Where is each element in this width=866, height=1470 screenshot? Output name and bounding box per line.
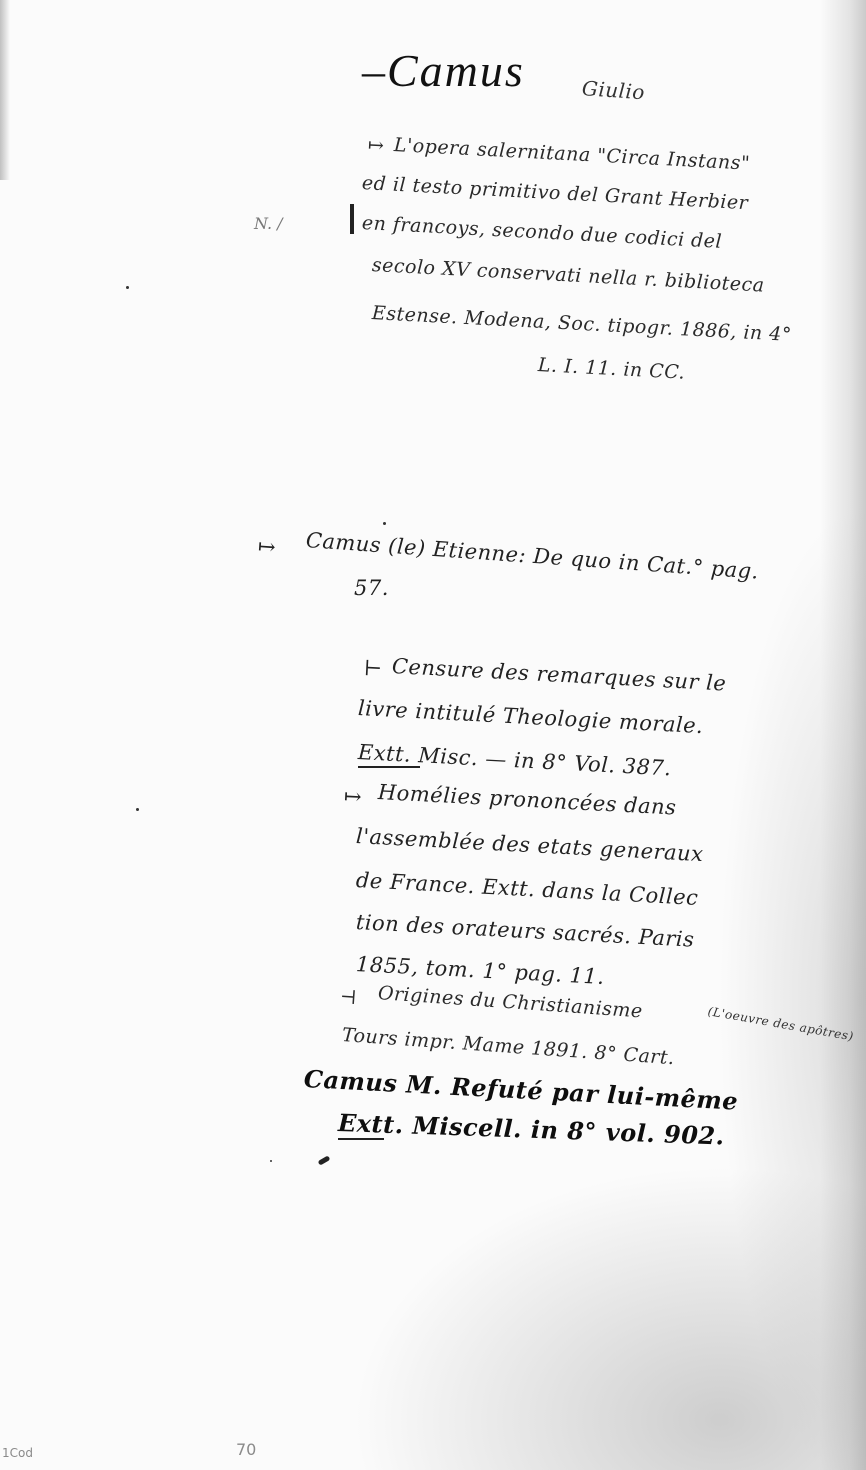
footer-mark-number: 70 [236, 1440, 256, 1459]
catalog-card-page: –Camus Giulio ↦ L'opera salernitana "Cir… [0, 0, 866, 1470]
entry-3-line-2: livre intitulé Theologie morale. [357, 696, 704, 738]
ink-speck [136, 808, 139, 811]
heading-dash: – [362, 45, 387, 96]
entry-4-line-4: tion des orateurs sacrés. Paris [355, 910, 695, 952]
ink-blot [318, 1155, 331, 1165]
entry-1-margin-note: N. / [254, 214, 283, 233]
entry-1-line-1: L'opera salernitana "Circa Instans" [393, 134, 750, 175]
entry-1-bullet: ↦ [367, 134, 385, 157]
entry-4-line-3: de France. Extt. dans la Collec [355, 868, 699, 910]
margin-bar-mark [350, 204, 354, 234]
entry-5-line-2: Tours impr. Mame 1891. 8° Cart. [341, 1024, 675, 1069]
entry-1-line-3: en francoys, secondo due codici del [361, 212, 722, 253]
ink-dot [383, 522, 386, 525]
entry-3-bullet: ⊢ [363, 656, 383, 681]
ink-speck [270, 1160, 272, 1162]
heading-surname: –Camus [362, 44, 525, 97]
entry-5-insert: (L'oeuvre des apôtres) [707, 1004, 855, 1043]
entry-5-bullet: ⊣ [339, 986, 357, 1009]
entry-1-line-5: Estense. Modena, Soc. tipogr. 1886, in 4… [371, 302, 792, 346]
entry-6-line-1: Camus M. Refuté par lui-même [303, 1064, 739, 1116]
entry-4-bullet: ↦ [343, 784, 362, 809]
ink-speck [126, 286, 129, 289]
page-edge-shadow [0, 0, 10, 180]
entry-4-line-1: Homélies prononcées dans [377, 780, 677, 820]
entry-6-line-2: Extt. Miscell. in 8° vol. 902. [337, 1108, 724, 1150]
entry-2-bullet: ↦ [257, 534, 277, 559]
entry-3-line-1: Censure des remarques sur le [391, 654, 727, 695]
entry-1-line-4: secolo XV conservati nella r. biblioteca [371, 254, 765, 297]
entry-3-line-3: Extt. Misc. — in 8° Vol. 387. [357, 740, 672, 780]
entry-4-line-2: l'assemblée des etats generaux [355, 824, 704, 866]
entry-2-line-2: 57. [354, 576, 389, 600]
entry-1-line-2: ed il testo primitivo del Grant Herbier [361, 172, 748, 214]
heading-forename: Giulio [581, 76, 646, 104]
entry-1-line-6: L. I. 11. in CC. [537, 354, 685, 384]
underline-mark [358, 766, 420, 768]
footer-mark-left: 1Cod [2, 1446, 33, 1460]
surname-text: Camus [387, 45, 525, 96]
underline-mark [338, 1138, 384, 1140]
